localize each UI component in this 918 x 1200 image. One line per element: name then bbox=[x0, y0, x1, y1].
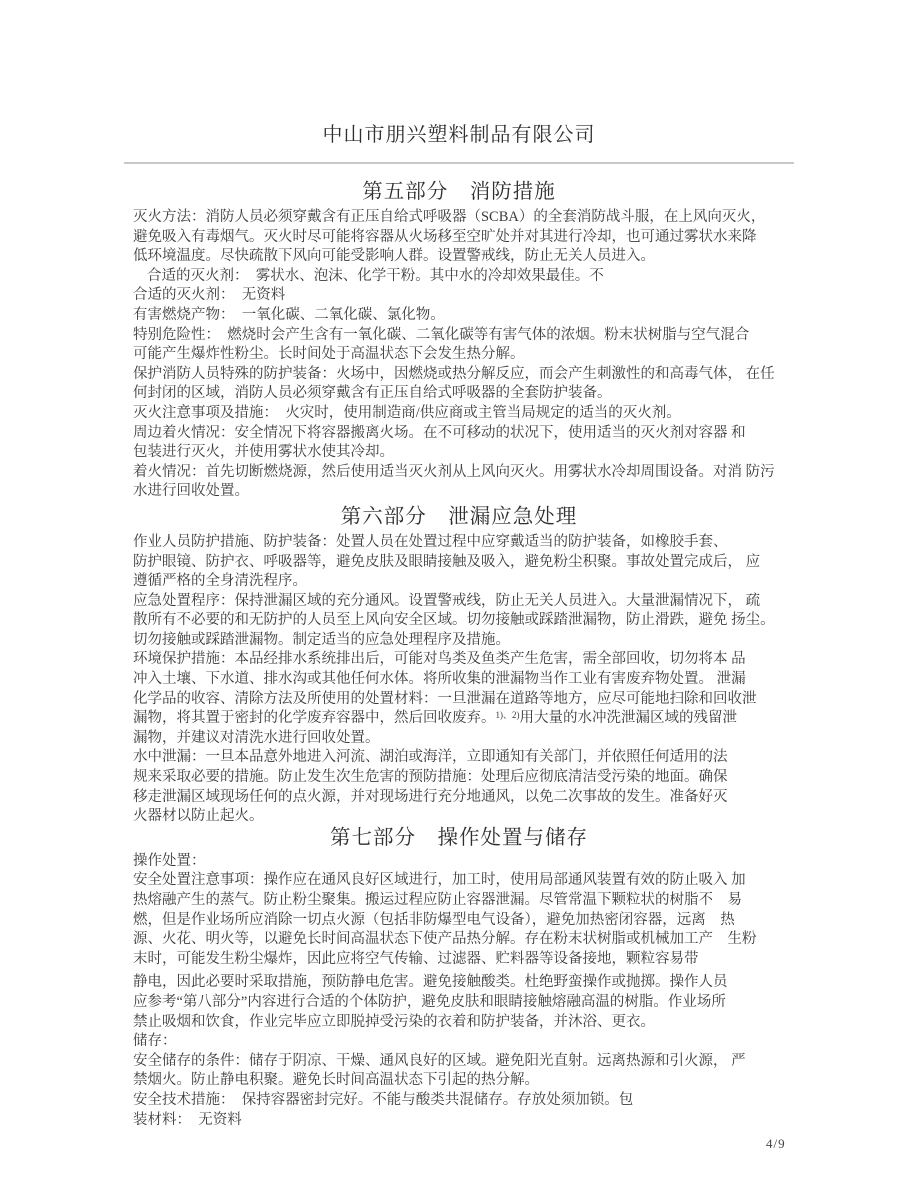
section-7-body: 操作处置： 安全处置注意事项：操作应在通风良好区域进行，加工时，使用局部通风装置… bbox=[133, 852, 803, 1130]
text-line: 低环境温度。尽快疏散下风向可能受影响人群。设置警戒线，防止无关人员进入。 bbox=[133, 247, 803, 267]
text-line: 应参考“第八部分”内容进行合适的个体防护，避免皮肤和眼睛接触熔融高温的树脂。作业… bbox=[133, 993, 803, 1013]
text-line: 移走泄漏区域现场任何的点火源，并对现场进行充分地通风，以免二次事故的发生。准备好… bbox=[133, 788, 803, 808]
text-line: 避免吸入有毒烟气。灭火时尽可能将容器从火场移至空旷处并对其进行冷却，也可通过雾状… bbox=[133, 228, 803, 248]
text-line: 冲入土壤、下水道、排水沟或其他任何水体。将所收集的泄漏物当作工业有害废弃物处置。… bbox=[133, 670, 803, 690]
text-line: 水中泄漏：一旦本品意外地进入河流、湖泊或海洋，立即通知有关部门，并依照任何适用的… bbox=[133, 748, 803, 768]
text-line-with-footnote: 漏物，将其置于密封的化学废弃容器中，然后回收废弃。1)、2)用大量的水冲洗泄漏区… bbox=[133, 709, 803, 729]
text-line: 化学品的收容、清除方法及所使用的处置材料：一旦泄漏在道路等地方，应尽可能地扫除和… bbox=[133, 690, 803, 710]
text-line: 可能产生爆炸性粉尘。长时间处于高温状态下会发生热分解。 bbox=[133, 345, 803, 365]
page-number: 4/9 bbox=[766, 1136, 786, 1152]
text-line: 储存： bbox=[133, 1032, 803, 1052]
text-line: 禁止吸烟和饮食，作业完毕应立即脱掉受污染的衣着和防护装备，并沐浴、更衣。 bbox=[133, 1013, 803, 1033]
text-line: 包装进行灭火，并使用雾状水使其冷却。 bbox=[133, 443, 803, 463]
text-line: 灭火注意事项及措施： 火灾时，使用制造商/供应商或主管当局规定的适当的灭火剂。 bbox=[133, 404, 803, 424]
text-line: 末时，可能发生粉尘爆炸，因此应将空气传输、过滤器、贮料器等设备接地，颗粒容易带 bbox=[133, 950, 803, 970]
text-line: 保护消防人员特殊的防护装备：火场中，因燃烧或热分解反应，而会产生刺激性的和高毒气… bbox=[133, 365, 803, 385]
text-line: 漏物，并建议对清洗水进行回收处置。 bbox=[133, 729, 803, 749]
section-6-title: 第六部分 泄漏应急处理 bbox=[0, 504, 918, 530]
text-segment: 用大量的水冲洗泄漏区域的残留泄 bbox=[520, 710, 738, 726]
text-line: 规来采取必要的措施。防止发生次生危害的预防措施：处理后应彻底清洁受污染的地面。确… bbox=[133, 768, 803, 788]
text-line: 应急处置程序：保持泄漏区域的充分通风。设置警戒线，防止无关人员进入。大量泄漏情况… bbox=[133, 592, 803, 612]
text-line: 散所有不必要的和无防护的人员至上风向安全区域。切勿接触或踩踏泄漏物，防止滑跌，避… bbox=[133, 611, 803, 631]
text-line: 着火情况：首先切断燃烧源，然后使用适当灭火剂从上风向灭火。用雾状水冷却周围设备。… bbox=[133, 463, 803, 483]
text-line: 作业人员防护措施、防护装备：处置人员在处置过程中应穿戴适当的防护装备，如橡胶手套… bbox=[133, 533, 803, 553]
document-page: 中山市朋兴塑料制品有限公司 第五部分 消防措施 灭火方法：消防人员必须穿戴含有正… bbox=[0, 0, 918, 1200]
text-segment: 漏物，将其置于密封的化学废弃容器中，然后回收废弃。 bbox=[133, 710, 496, 726]
text-line: 有害燃烧产物： 一氧化碳、二氧化碳、氯化物。 bbox=[133, 306, 803, 326]
text-line: 安全储存的条件：储存于阴凉、干燥、通风良好的区域。避免阳光直射。远离热源和引火源… bbox=[133, 1052, 803, 1072]
text-line: 防护眼镜、防护衣、呼吸器等，避免皮肤及眼睛接触及吸入，避免粉尘积聚。事故处置完成… bbox=[133, 553, 803, 573]
text-line: 燃，但是作业场所应消除一切点火源（包括非防爆型电气设备），避免加热密闭容器，远离… bbox=[133, 911, 803, 931]
text-line: 热熔融产生的蒸气。防止粉尘聚集。搬运过程应防止容器泄漏。尽管常温下颗粒状的树脂不… bbox=[133, 891, 803, 911]
section-7-title: 第七部分 操作处置与储存 bbox=[0, 827, 918, 849]
text-line: 操作处置： bbox=[133, 852, 803, 872]
text-line: 安全技术措施： 保持容器密封完好。不能与酸类共混储存。存放处须加锁。包 bbox=[133, 1091, 803, 1111]
text-line: 合适的灭火剂： 雾状水、泡沫、化学干粉。其中水的冷却效果最佳。不 bbox=[133, 267, 803, 287]
text-line: 源、火花、明火等，以避免长时间高温状态下使产品热分解。存在粉末状树脂或机械加工产… bbox=[133, 930, 803, 950]
text-line: 环境保护措施：本品经排水系统排出后，可能对鸟类及鱼类产生危害，需全部回收，切勿将… bbox=[133, 650, 803, 670]
text-line: 灭火方法：消防人员必须穿戴含有正压自给式呼吸器（SCBA）的全套消防战斗服，在上… bbox=[133, 208, 803, 228]
text-line: 静电，因此必要时采取措施，预防静电危害。避免接触酸类。杜绝野蛮操作或抛掷。操作人… bbox=[133, 973, 803, 993]
text-line: 合适的灭火剂： 无资料 bbox=[133, 286, 803, 306]
text-line: 水进行回收处置。 bbox=[133, 482, 803, 502]
text-line: 何封闭的区域，消防人员必须穿戴含有正压自给式呼吸器的全套防护装备。 bbox=[133, 384, 803, 404]
text-line: 周边着火情况：安全情况下将容器搬离火场。在不可移动的状况下，使用适当的灭火剂对容… bbox=[133, 424, 803, 444]
section-6-body: 作业人员防护措施、防护装备：处置人员在处置过程中应穿戴适当的防护装备，如橡胶手套… bbox=[133, 533, 803, 827]
section-5-title: 第五部分 消防措施 bbox=[0, 179, 918, 205]
text-line: 特别危险性： 燃烧时会产生含有一氧化碳、二氧化碳等有害气体的浓烟。粉末状树脂与空… bbox=[133, 326, 803, 346]
header-divider bbox=[124, 162, 794, 164]
text-line: 火器材以防止起火。 bbox=[133, 807, 803, 827]
text-line: 切勿接触或踩踏泄漏物。制定适当的应急处理程序及措施。 bbox=[133, 631, 803, 651]
company-title: 中山市朋兴塑料制品有限公司 bbox=[0, 0, 918, 149]
text-line: 安全处置注意事项：操作应在通风良好区域进行，加工时，使用局部通风装置有效的防止吸… bbox=[133, 871, 803, 891]
section-5-body: 灭火方法：消防人员必须穿戴含有正压自给式呼吸器（SCBA）的全套消防战斗服，在上… bbox=[133, 208, 803, 502]
footnote-marker: 1)、2) bbox=[496, 710, 520, 720]
text-line: 禁烟火。防止静电积聚。避免长时间高温状态下引起的热分解。 bbox=[133, 1071, 803, 1091]
text-line: 遵循严格的全身清洗程序。 bbox=[133, 572, 803, 592]
text-line: 装材料： 无资料 bbox=[133, 1111, 803, 1131]
